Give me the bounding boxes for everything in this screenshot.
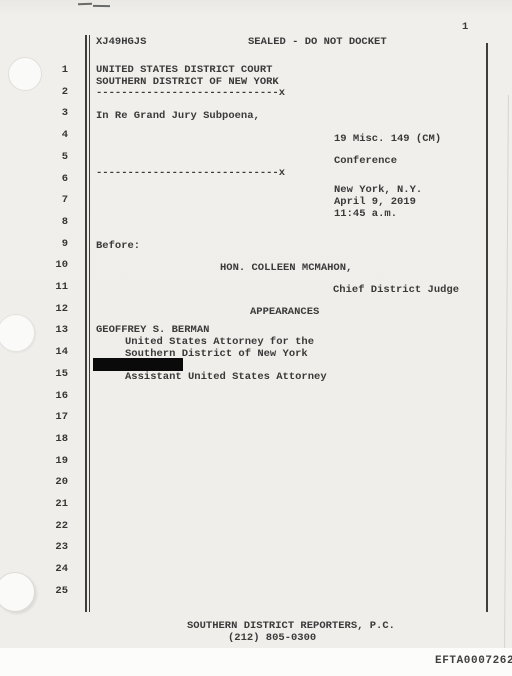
caption-divider-top: -----------------------------x <box>96 87 285 99</box>
caption-divider-bottom: -----------------------------x <box>96 167 285 179</box>
before-label: Before: <box>96 240 140 252</box>
appearances-heading: APPEARANCES <box>250 306 319 318</box>
redaction-bar <box>93 358 183 371</box>
line-number: 23 <box>40 541 68 553</box>
line-number: 8 <box>40 216 68 228</box>
line-number: 1 <box>40 64 68 76</box>
line-number: 11 <box>40 281 68 293</box>
scanned-transcript-page: 1234567891011121314151617181920212223242… <box>0 0 512 676</box>
pen-mark <box>93 5 110 7</box>
line-number: 25 <box>40 585 68 597</box>
hearing-location: New York, N.Y. <box>334 184 422 196</box>
docket-number: 19 Misc. 149 (CM) <box>334 133 441 145</box>
court-name-line1: UNITED STATES DISTRICT COURT <box>96 64 272 76</box>
line-number: 18 <box>40 433 68 445</box>
hole-punch <box>8 57 42 91</box>
reporter-phone: (212) 805-0300 <box>228 632 316 644</box>
sealed-notice: SEALED - DO NOT DOCKET <box>248 36 387 48</box>
left-double-rule <box>85 35 87 612</box>
line-number: 4 <box>40 129 68 141</box>
line-number: 14 <box>40 346 68 358</box>
judge-title: Chief District Judge <box>333 284 459 296</box>
proceeding-type: Conference <box>334 155 397 167</box>
judge-name: HON. COLLEEN MCMAHON, <box>220 262 352 274</box>
line-number: 5 <box>40 151 68 163</box>
line-number: 17 <box>40 411 68 423</box>
reporter-name: SOUTHERN DISTRICT REPORTERS, P.C. <box>187 620 395 632</box>
line-number: 10 <box>40 259 68 271</box>
line-number: 7 <box>40 194 68 206</box>
hearing-time: 11:45 a.m. <box>334 208 397 220</box>
left-double-rule <box>89 35 91 612</box>
line-number: 9 <box>40 238 68 250</box>
page-number: 1 <box>462 21 468 33</box>
line-number: 3 <box>40 107 68 119</box>
line-number: 6 <box>40 173 68 185</box>
line-number: 22 <box>40 520 68 532</box>
right-rule <box>486 43 488 612</box>
transcript-code: XJ49HGJS <box>96 36 146 48</box>
line-number: 15 <box>40 368 68 380</box>
line-number: 24 <box>40 563 68 575</box>
line-number: 20 <box>40 476 68 488</box>
line-number: 2 <box>40 86 68 98</box>
line-number: 21 <box>40 498 68 510</box>
attorney-role: Assistant United States Attorney <box>125 371 327 383</box>
attorney-name: GEOFFREY S. BERMAN <box>96 324 209 336</box>
line-number: 13 <box>40 324 68 336</box>
attorney-office-line1: United States Attorney for the <box>125 336 314 348</box>
line-number: 19 <box>40 455 68 467</box>
bates-number: EFTA00072627 <box>435 655 512 667</box>
line-number: 16 <box>40 390 68 402</box>
case-title: In Re Grand Jury Subpoena, <box>96 110 260 122</box>
line-number: 12 <box>40 303 68 315</box>
hearing-date: April 9, 2019 <box>334 196 416 208</box>
